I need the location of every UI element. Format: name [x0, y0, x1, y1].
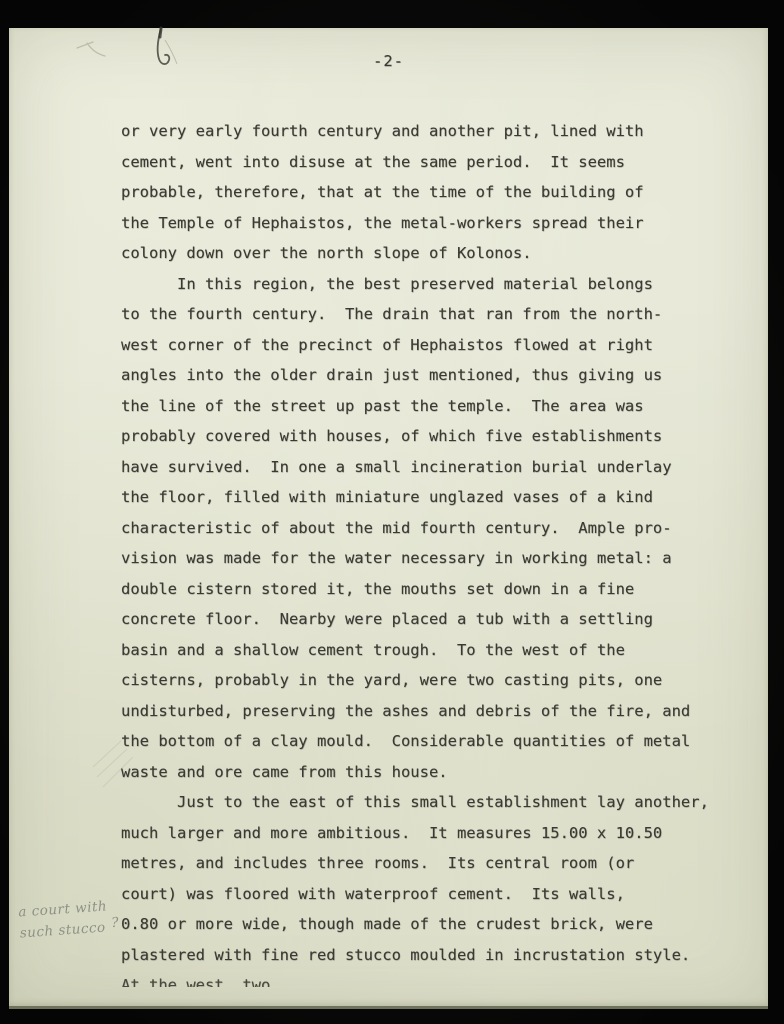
typed-line: double cistern stored it, the mouths set…: [121, 574, 721, 605]
typed-line: plastered with fine red stucco moulded i…: [121, 940, 721, 971]
typed-line: 0.80 or more wide, though made of the cr…: [121, 909, 721, 940]
typed-line: cement, went into disuse at the same per…: [121, 147, 721, 178]
scan-background: -2- or very early fourth century and ano…: [0, 0, 784, 1024]
typed-line-clipped: At the west, two: [121, 970, 721, 987]
typed-line: In this region, the best preserved mater…: [121, 269, 721, 300]
typed-line: the Temple of Hephaistos, the metal-work…: [121, 208, 721, 239]
typed-line: concrete floor. Nearby were placed a tub…: [121, 604, 721, 635]
typed-line: colony down over the north slope of Kolo…: [121, 238, 721, 269]
typed-line: cisterns, probably in the yard, were two…: [121, 665, 721, 696]
typed-line: waste and ore came from this house.: [121, 757, 721, 788]
typed-line: the floor, filled with miniature unglaze…: [121, 482, 721, 513]
typed-line: characteristic of about the mid fourth c…: [121, 513, 721, 544]
margin-note-question-mark: ?: [105, 913, 120, 935]
manuscript-page: -2- or very early fourth century and ano…: [9, 28, 768, 1006]
typed-line: much larger and more ambitious. It measu…: [121, 818, 721, 849]
margin-note-line1: a court with: [18, 898, 108, 920]
typed-line: probably covered with houses, of which f…: [121, 421, 721, 452]
typed-line: have survived. In one a small incinerati…: [121, 452, 721, 483]
typed-line: Just to the east of this small establish…: [121, 787, 721, 818]
typed-line: the bottom of a clay mould. Considerable…: [121, 726, 721, 757]
typed-line: metres, and includes three rooms. Its ce…: [121, 848, 721, 879]
typed-line: to the fourth century. The drain that ra…: [121, 299, 721, 330]
typed-line: undisturbed, preserving the ashes and de…: [121, 696, 721, 727]
typed-line: probable, therefore, that at the time of…: [121, 177, 721, 208]
margin-note-line2: such stucco: [19, 920, 106, 942]
typed-line: or very early fourth century and another…: [121, 116, 721, 147]
typed-line: court) was floored with waterproof cemen…: [121, 879, 721, 910]
typed-line: basin and a shallow cement trough. To th…: [121, 635, 721, 666]
typed-line: the line of the street up past the templ…: [121, 391, 721, 422]
typed-line: west corner of the precinct of Hephaisto…: [121, 330, 721, 361]
page-number: -2-: [9, 52, 768, 70]
typed-line: vision was made for the water necessary …: [121, 543, 721, 574]
typed-text-block: or very early fourth century and another…: [121, 116, 721, 987]
typed-line: angles into the older drain just mention…: [121, 360, 721, 391]
